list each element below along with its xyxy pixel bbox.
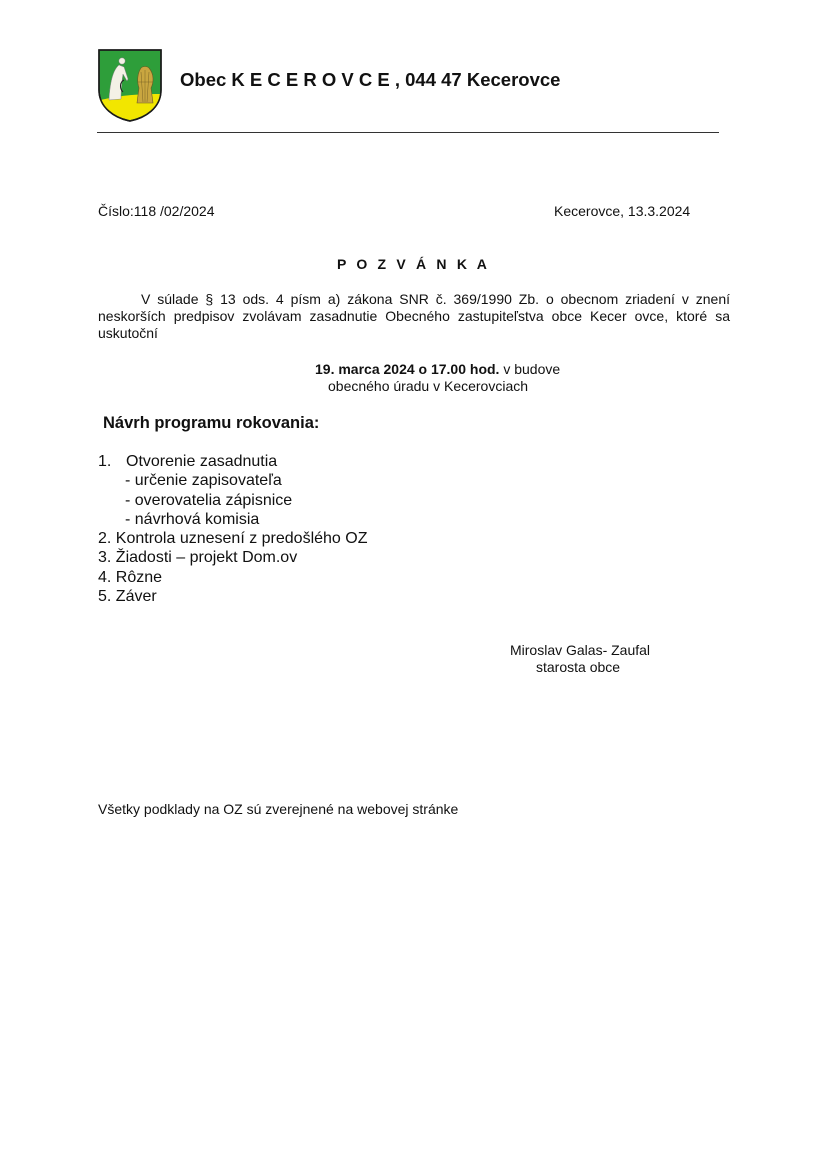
municipality-title: Obec K E C E R O V C E , 044 47 Kecerovc… bbox=[180, 69, 560, 91]
signatory-name: Miroslav Galas- Zaufal bbox=[510, 642, 650, 658]
header-divider bbox=[97, 132, 719, 133]
meeting-details: 19. marca 2024 o 17.00 hod. v budove obe… bbox=[315, 361, 560, 395]
municipal-coat-of-arms-icon bbox=[97, 48, 163, 122]
agenda-item-number: 1. bbox=[98, 452, 126, 471]
meeting-datetime: 19. marca 2024 o 17.00 hod. bbox=[315, 361, 499, 377]
meeting-location-start: v budove bbox=[499, 361, 560, 377]
agenda-title: Návrh programu rokovania: bbox=[103, 414, 319, 433]
agenda-item: 5. Záver bbox=[98, 587, 368, 606]
footer-note: Všetky podklady na OZ sú zverejnené na w… bbox=[98, 801, 458, 817]
agenda-item: 4. Rôzne bbox=[98, 568, 368, 587]
agenda-item-label: Otvorenie zasadnutia bbox=[126, 453, 277, 470]
agenda-subitem: - overovatelia zápisnice bbox=[98, 491, 368, 510]
meeting-location: obecného úradu v Kecerovciach bbox=[315, 378, 560, 395]
agenda-subitem: - určenie zapisovateľa bbox=[98, 471, 368, 490]
place-and-date: Kecerovce, 13.3.2024 bbox=[554, 203, 690, 219]
agenda-item: 1.Otvorenie zasadnutia bbox=[98, 452, 368, 471]
agenda-subitem: - návrhová komisia bbox=[98, 510, 368, 529]
intro-text: V súlade § 13 ods. 4 písm a) zákona SNR … bbox=[98, 291, 730, 341]
agenda-item: 3. Žiadosti – projekt Dom.ov bbox=[98, 548, 368, 567]
signatory-role: starosta obce bbox=[510, 659, 650, 676]
document-heading: P O Z V Á N K A bbox=[337, 256, 490, 272]
signature-block: Miroslav Galas- Zaufal starosta obce bbox=[510, 642, 650, 676]
agenda-item: 2. Kontrola uznesení z predošlého OZ bbox=[98, 529, 368, 548]
intro-paragraph: V súlade § 13 ods. 4 písm a) zákona SNR … bbox=[98, 291, 730, 342]
agenda-list: 1.Otvorenie zasadnutia - určenie zapisov… bbox=[98, 452, 368, 606]
reference-number: Číslo:118 /02/2024 bbox=[98, 203, 215, 219]
